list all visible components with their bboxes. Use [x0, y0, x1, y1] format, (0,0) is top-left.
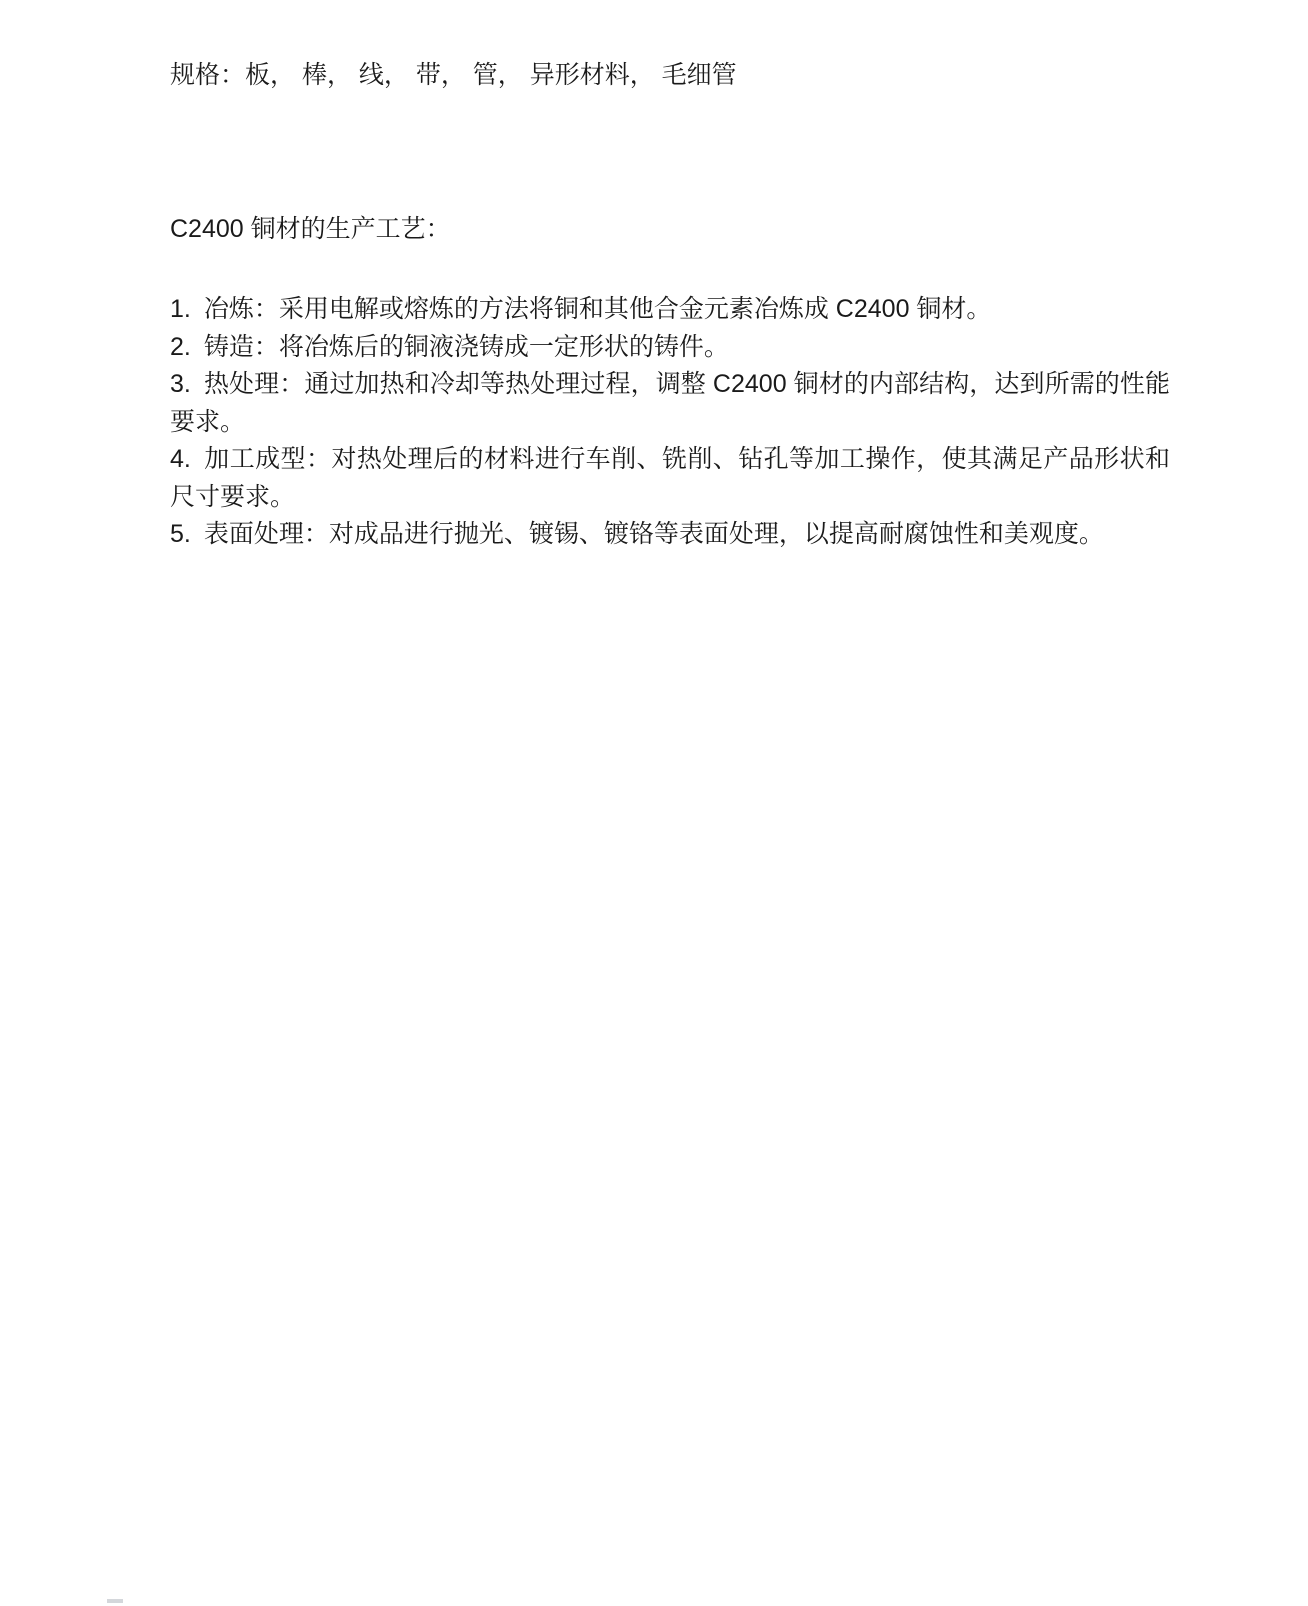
list-item-1: 1.冶炼：采用电解或熔炼的方法将铜和其他合金元素冶炼成 C2400 铜材。 [170, 291, 1170, 329]
process-list: 1.冶炼：采用电解或熔炼的方法将铜和其他合金元素冶炼成 C2400 铜材。 2.… [170, 291, 1170, 554]
document-page: 规格：板， 棒， 线， 带， 管， 异形材料， 毛细管 C2400 铜材的生产工… [0, 0, 1308, 1606]
item-text: 铸造：将冶炼后的铜液浇铸成一定形状的铸件。 [204, 333, 729, 361]
item-number: 5. [170, 520, 191, 548]
item-text: 冶炼：采用电解或熔炼的方法将铜和其他合金元素冶炼成 C2400 铜材。 [204, 295, 992, 323]
list-item-3: 3.热处理：通过加热和冷却等热处理过程，调整 C2400 铜材的内部结构，达到所… [170, 366, 1170, 441]
list-item-2: 2.铸造：将冶炼后的铜液浇铸成一定形状的铸件。 [170, 329, 1170, 367]
item-number: 4. [170, 445, 191, 473]
item-number: 2. [170, 333, 191, 361]
item-text: 表面处理：对成品进行抛光、镀锡、镀铬等表面处理，以提高耐腐蚀性和美观度。 [204, 520, 1104, 548]
item-text: 加工成型：对热处理后的材料进行车削、铣削、钻孔等加工操作，使其满足产品形状和 [204, 445, 1170, 473]
spec-line: 规格：板， 棒， 线， 带， 管， 异形材料， 毛细管 [170, 57, 1170, 95]
list-item-continuation: 尺寸要求。 [170, 479, 1170, 517]
list-item-line: 1.冶炼：采用电解或熔炼的方法将铜和其他合金元素冶炼成 C2400 铜材。 [170, 291, 1170, 329]
list-item-4: 4.加工成型：对热处理后的材料进行车削、铣削、钻孔等加工操作，使其满足产品形状和… [170, 441, 1170, 516]
list-item-line: 4.加工成型：对热处理后的材料进行车削、铣削、钻孔等加工操作，使其满足产品形状和 [170, 441, 1170, 479]
section-title: C2400 铜材的生产工艺： [170, 211, 1170, 249]
list-item-line: 2.铸造：将冶炼后的铜液浇铸成一定形状的铸件。 [170, 329, 1170, 367]
item-number: 1. [170, 295, 191, 323]
item-text: 热处理：通过加热和冷却等热处理过程，调整 C2400 铜材的内部结构，达到所需的… [204, 370, 1170, 398]
list-item-5: 5.表面处理：对成品进行抛光、镀锡、镀铬等表面处理，以提高耐腐蚀性和美观度。 [170, 516, 1170, 554]
list-item-continuation: 要求。 [170, 404, 1170, 442]
page-bottom-artifact [107, 1599, 123, 1603]
item-number: 3. [170, 370, 191, 398]
list-item-line: 5.表面处理：对成品进行抛光、镀锡、镀铬等表面处理，以提高耐腐蚀性和美观度。 [170, 516, 1170, 554]
list-item-line: 3.热处理：通过加热和冷却等热处理过程，调整 C2400 铜材的内部结构，达到所… [170, 366, 1170, 404]
